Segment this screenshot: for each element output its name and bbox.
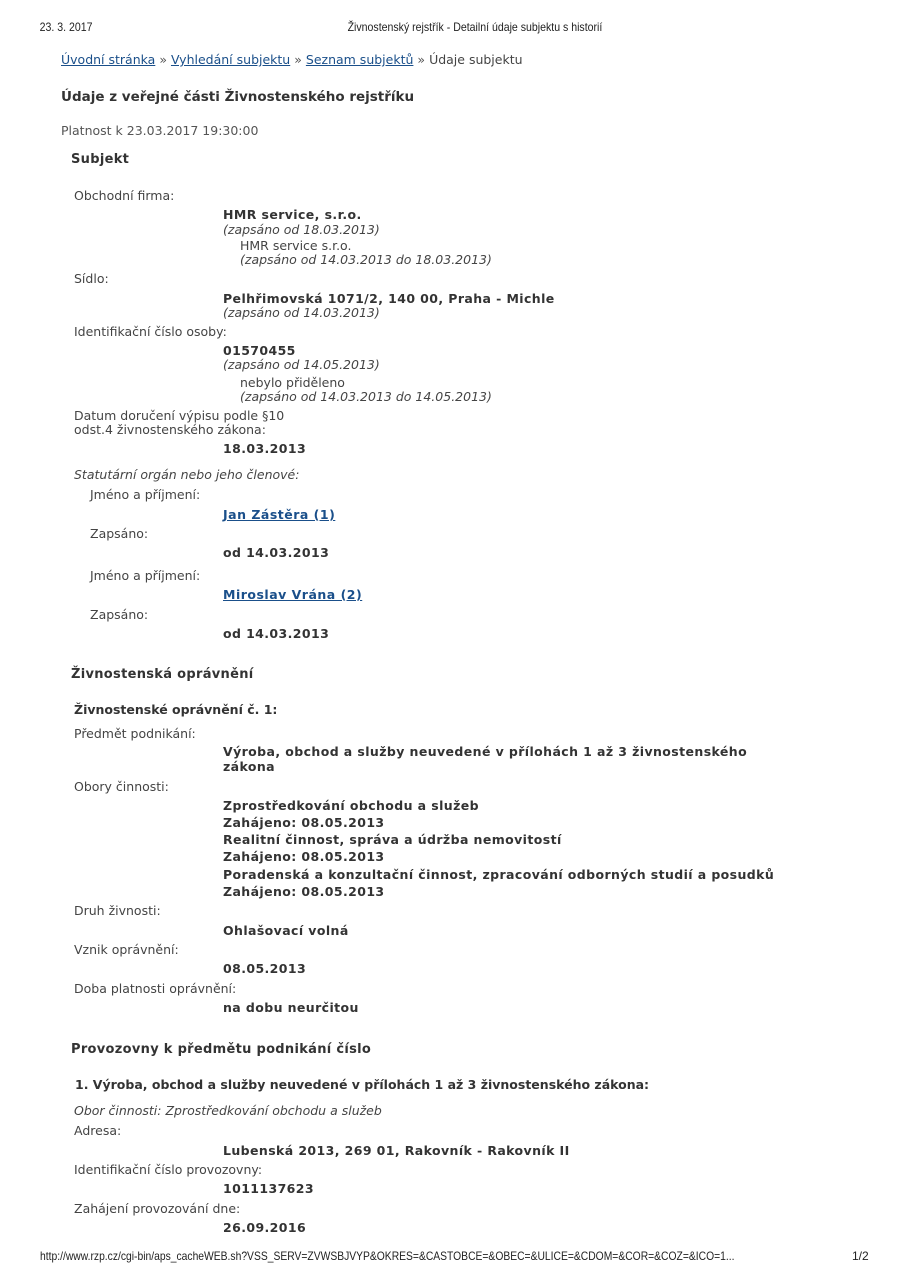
premises-field: Obor činnosti: Zprostředkování obchodu a… <box>74 1103 382 1118</box>
license-subject-line2: zákona <box>223 759 275 774</box>
breadcrumb-search-link[interactable]: Vyhledání subjektu <box>171 52 290 67</box>
member-registered-label: Zapsáno: <box>90 607 148 622</box>
license-field-name: Poradenská a konzultační činnost, zpraco… <box>223 867 774 882</box>
member-link-miroslav-vrana[interactable]: Miroslav Vrána (2) <box>223 587 362 602</box>
page-title: Údaje z veřejné části Živnostenského rej… <box>61 89 414 105</box>
license-type-value: Ohlašovací volná <box>223 923 349 938</box>
delivery-date: 18.03.2013 <box>223 441 306 456</box>
premises-start-value: 26.09.2016 <box>223 1220 306 1235</box>
seat-label: Sídlo: <box>74 271 109 286</box>
id-value: 01570455 <box>223 343 296 358</box>
section-heading-licenses: Živnostenská oprávnění <box>71 667 254 682</box>
license-field-name: Realitní činnost, správa a údržba nemovi… <box>223 832 562 847</box>
license-field-started: Zahájeno: 08.05.2013 <box>223 849 385 864</box>
seat-value: Pelhřimovská 1071/2, 140 00, Praha - Mic… <box>223 291 555 306</box>
breadcrumb: Úvodní stránka»Vyhledání subjektu»Seznam… <box>61 52 523 67</box>
premises-item-title: 1. Výroba, obchod a služby neuvedené v p… <box>75 1077 649 1092</box>
member-link-jan-zastera[interactable]: Jan Zástěra (1) <box>223 507 335 522</box>
license-subject-label: Předmět podnikání: <box>74 726 196 741</box>
license-field-started: Zahájeno: 08.05.2013 <box>223 815 385 830</box>
member-registered-label: Zapsáno: <box>90 526 148 541</box>
breadcrumb-separator: » <box>159 52 167 67</box>
delivery-label-line1: Datum doručení výpisu podle §10 <box>74 408 284 423</box>
seat-since: (zapsáno od 14.03.2013) <box>223 305 380 320</box>
business-name-since: (zapsáno od 18.03.2013) <box>223 222 380 237</box>
license-type-label: Druh živnosti: <box>74 903 161 918</box>
id-label: Identifikační číslo osoby: <box>74 324 227 339</box>
member-registered-value: od 14.03.2013 <box>223 626 329 641</box>
section-heading-subject: Subjekt <box>71 152 129 167</box>
premises-address-value: Lubenská 2013, 269 01, Rakovník - Rakovn… <box>223 1143 570 1158</box>
breadcrumb-list-link[interactable]: Seznam subjektů <box>306 52 414 67</box>
print-url: http://www.rzp.cz/cgi-bin/aps_cacheWEB.s… <box>40 1249 734 1263</box>
premises-id-label: Identifikační číslo provozovny: <box>74 1162 262 1177</box>
breadcrumb-current: Údaje subjektu <box>429 52 522 67</box>
business-name-history: HMR service s.r.o. <box>240 238 351 253</box>
print-page-number: 1/2 <box>852 1249 869 1263</box>
license-title: Živnostenské oprávnění č. 1: <box>74 702 277 717</box>
premises-address-label: Adresa: <box>74 1123 121 1138</box>
premises-id-value: 1011137623 <box>223 1181 314 1196</box>
delivery-label-line2: odst.4 živnostenského zákona: <box>74 422 266 437</box>
premises-start-label: Zahájení provozování dne: <box>74 1201 240 1216</box>
statutory-heading: Statutární orgán nebo jeho členové: <box>74 467 299 482</box>
business-name-value: HMR service, s.r.o. <box>223 207 362 222</box>
license-field-started: Zahájeno: 08.05.2013 <box>223 884 385 899</box>
license-origin-value: 08.05.2013 <box>223 961 306 976</box>
business-name-label: Obchodní firma: <box>74 188 174 203</box>
license-field-name: Zprostředkování obchodu a služeb <box>223 798 479 813</box>
section-heading-premises: Provozovny k předmětu podnikání číslo <box>71 1042 371 1057</box>
member-registered-value: od 14.03.2013 <box>223 545 329 560</box>
print-date: 23. 3. 2017 <box>40 20 93 34</box>
member-name-label: Jméno a příjmení: <box>90 568 200 583</box>
license-subject-line1: Výroba, obchod a služby neuvedené v příl… <box>223 744 747 759</box>
business-name-history-period: (zapsáno od 14.03.2013 do 18.03.2013) <box>240 252 492 267</box>
license-origin-label: Vznik oprávnění: <box>74 942 179 957</box>
license-validity-value: na dobu neurčitou <box>223 1000 359 1015</box>
print-page-title: Živnostenský rejstřík - Detailní údaje s… <box>348 20 603 34</box>
license-fields-label: Obory činnosti: <box>74 779 169 794</box>
member-name-label: Jméno a příjmení: <box>90 487 200 502</box>
breadcrumb-separator: » <box>294 52 302 67</box>
id-history-period: (zapsáno od 14.03.2013 do 14.05.2013) <box>240 389 492 404</box>
validity-timestamp: Platnost k 23.03.2017 19:30:00 <box>61 123 258 138</box>
id-since: (zapsáno od 14.05.2013) <box>223 357 380 372</box>
print-header: 23. 3. 2017 Živnostenský rejstřík - Deta… <box>0 20 800 38</box>
license-validity-label: Doba platnosti oprávnění: <box>74 981 236 996</box>
breadcrumb-separator: » <box>417 52 425 67</box>
breadcrumb-home-link[interactable]: Úvodní stránka <box>61 52 155 67</box>
id-history: nebylo přiděleno <box>240 375 345 390</box>
